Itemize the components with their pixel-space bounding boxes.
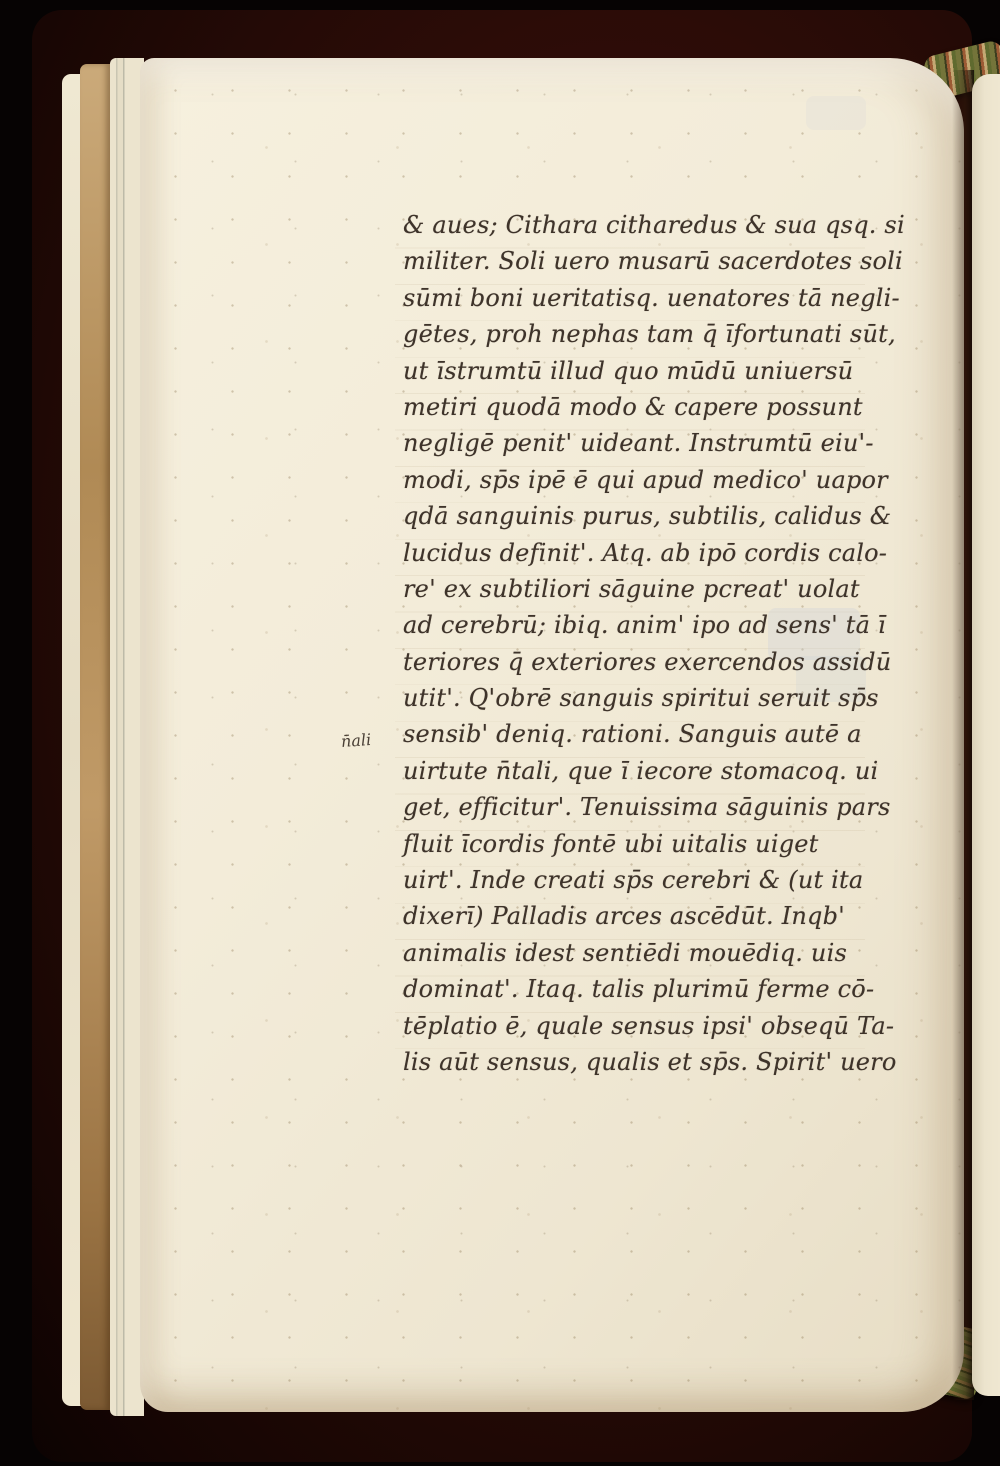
manuscript-line: re' ex subtiliori sāguine pcreat' uolat bbox=[403, 571, 875, 607]
manuscript-line: gētes, proh nephas tam q̄ īfortunati sūt… bbox=[403, 316, 875, 352]
manuscript-line: uirtute n̄tali, que ī iecore stomacoq. u… bbox=[403, 753, 875, 789]
page-edge-white-strip bbox=[62, 74, 82, 1406]
manuscript-line: lis aūt sensus, qualis et sp̄s. Spirit' … bbox=[403, 1044, 875, 1080]
manuscript-line: tēplatio ē, quale sensus ipsi' obseqū Ta… bbox=[403, 1008, 875, 1044]
manuscript-line: dominat'. Itaq. talis plurimū ferme cō- bbox=[403, 971, 875, 1007]
gutter-shadow bbox=[952, 70, 974, 1400]
manuscript-line: get, efficitur'. Tenuissima sāguinis par… bbox=[403, 789, 875, 825]
manuscript-line: uirt'. Inde creati sp̄s cerebri & (ut it… bbox=[403, 862, 875, 898]
manuscript-text-block: & aues; Cithara citharedus & sua qsq. si… bbox=[403, 207, 875, 1080]
manuscript-line: metiri quodā modo & capere possunt bbox=[403, 389, 875, 425]
manuscript-line: ad cerebrū; ibiq. anim' ipo ad sens' tā … bbox=[403, 607, 875, 643]
manuscript-line: modi, sp̄s ipē ē qui apud medico' uapor bbox=[403, 462, 875, 498]
manuscript-line: fluit īcordis fontē ubi uitalis uiget bbox=[403, 826, 875, 862]
manuscript-line: & aues; Cithara citharedus & sua qsq. si bbox=[403, 207, 875, 243]
manuscript-line: sūmi boni ueritatisq. uenatores tā negli… bbox=[403, 280, 875, 316]
manuscript-line: utit'. Q'obrē sanguis spiritui seruit sp… bbox=[403, 680, 875, 716]
page-edge-tan-strip bbox=[80, 64, 110, 1410]
manuscript-line: sensib' deniq. rationi. Sanguis autē a bbox=[403, 716, 875, 752]
manuscript-line: negligē penit' uideant. Instrumtū eiu'- bbox=[403, 425, 875, 461]
manuscript-line: ut īstrumtū illud quo mūdū uniuersū bbox=[403, 353, 875, 389]
manuscript-line: teriores q̄ exteriores exercendos assidū bbox=[403, 644, 875, 680]
stacked-page-edges bbox=[110, 58, 144, 1416]
next-page-edge bbox=[972, 74, 1000, 1396]
manuscript-line: dixerī) Palladis arces ascēdūt. Inqb' bbox=[403, 898, 875, 934]
manuscript-line: qdā sanguinis purus, subtilis, calidus & bbox=[403, 498, 875, 534]
manuscript-line: animalis idest sentiēdi mouēdiq. uis bbox=[403, 935, 875, 971]
marginal-note: n̄ali bbox=[340, 730, 371, 751]
manuscript-line: militer. Soli uero musarū sacerdotes sol… bbox=[403, 243, 875, 279]
manuscript-line: lucidus definit'. Atq. ab ipō cordis cal… bbox=[403, 535, 875, 571]
show-through-stain bbox=[806, 96, 866, 130]
